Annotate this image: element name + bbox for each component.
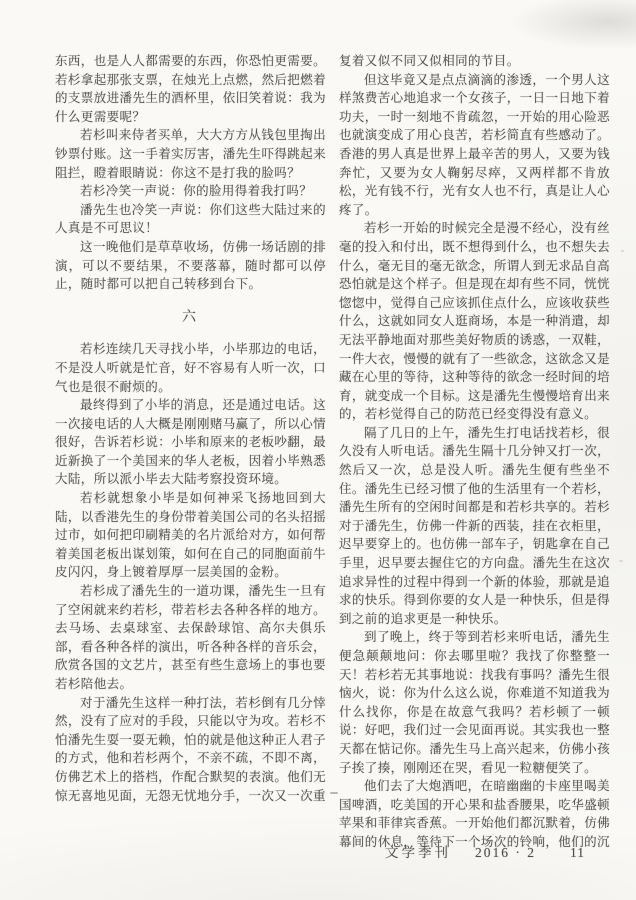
text-column-right: 复着又似不同又似相同的节目。但这毕竟又是点点滴滴的渗透，一个男人这样煞费苦心地追… [339, 52, 610, 852]
section-heading: 六 [55, 309, 326, 328]
scanned-page: 东西，也是人人都需要的东西，你恐怕更需要。若杉拿起那张支票，在烛光上点燃，然后把… [0, 0, 636, 900]
paragraph: 到了晚上，终于等到若杉来听电话，潘先生便急颠颠地问：你去哪里啦？我找了你整整一天… [339, 628, 610, 777]
paragraph: 最终得到了小毕的消息，还是通过电话。这一次接电话的人大概是刚刚赌马赢了，所以心情… [55, 396, 326, 489]
paragraph: 东西，也是人人都需要的东西，你恐怕更需要。若杉拿起那张支票，在烛光上点燃，然后把… [55, 52, 326, 126]
paragraph: 若杉连续几天寻找小毕，小毕那边的电话，不是没人听就是忙音，好不容易有人听一次，口… [55, 340, 326, 396]
scan-artifact [621, 250, 624, 252]
paragraph: 若杉叫来侍者买单，大大方方从钱包里掏出钞票付账。这一手着实厉害，潘先生吓得跳起来… [55, 126, 326, 182]
paragraph: 若杉成了潘先生的一道功课，潘先生一旦有了空闲就来约若杉，带若杉去各种各样的地方。… [55, 582, 326, 694]
scan-artifact [619, 560, 623, 562]
paragraph: 若杉就想象小毕是如何神采飞扬地回到大陆，以香港先生的身份带着美国公司的名头招摇过… [55, 489, 326, 582]
paragraph: 对于潘先生这样一种打法，若杉倒有几分悻然，没有了应对的手段，只能以守为攻。若杉不… [55, 694, 326, 806]
scan-artifact [330, 792, 338, 794]
paragraph: 潘先生也冷笑一声说：你们这些大陆过来的人真是不可思议！ [55, 201, 326, 238]
journal-title: 文学季刊 [385, 841, 451, 861]
paragraph: 但这毕竟又是点点滴滴的渗透，一个男人这样煞费苦心地追求一个女孩子，一日一日地下着… [339, 71, 610, 220]
paragraph: 隔了几日的上午，潘先生打电话找若杉，很久没有人听电话。潘先生隔十几分钟又打一次，… [339, 424, 610, 629]
text-column-left: 东西，也是人人都需要的东西，你恐怕更需要。若杉拿起那张支票，在烛光上点燃，然后把… [55, 52, 326, 805]
page-footer: 文学季刊 2016 · 2 11 [339, 841, 611, 861]
page-number: 11 [570, 845, 585, 861]
paragraph: 复着又似不同又似相同的节目。 [339, 52, 610, 71]
issue-label: 2016 · 2 [475, 845, 536, 861]
paragraph: 若杉一开始的时候完全是漫不经心，没有丝毫的投入和付出，既不想得到什么，也不想失去… [339, 219, 610, 424]
paragraph: 这一晚他们是草草收场，仿佛一场话剧的排演，可以不要结果，不要落幕，随时都可以停止… [55, 238, 326, 294]
paragraph: 若杉冷笑一声说：你的脸用得着我打吗？ [55, 182, 326, 201]
